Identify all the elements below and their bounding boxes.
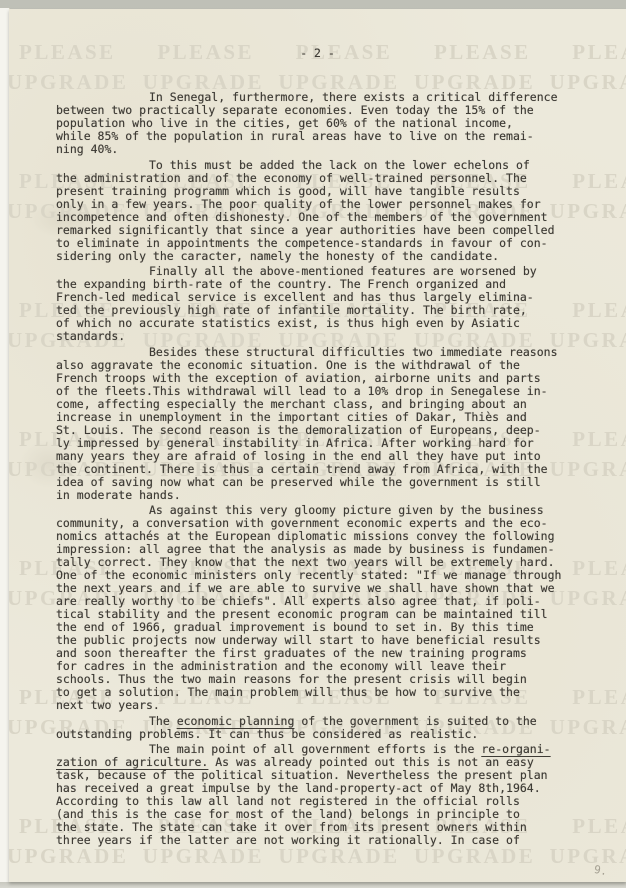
text-segment: As was already pointed out this is not a… (208, 755, 533, 769)
text-segment: According to this law all land not regis… (56, 794, 520, 808)
text-segment: next two years. (56, 698, 160, 712)
page-number: - 2 - (9, 46, 626, 60)
underlined-text: zation of agriculture. (56, 755, 208, 769)
text-segment: present training programm which is good,… (56, 184, 520, 198)
text-segment: the next years and if we are able to sur… (56, 581, 555, 595)
text-segment: three years if the latter are not workin… (56, 833, 520, 847)
text-line: standards. (56, 330, 581, 343)
text-segment: French troops with the exception of avia… (56, 371, 541, 385)
paragraph: In Senegal, furthermore, there exists a … (56, 91, 581, 156)
text-segment: To this must be added the lack on the lo… (149, 158, 530, 172)
paragraph: The economic planning of the government … (56, 715, 581, 741)
text-line: three years if the latter are not workin… (56, 834, 581, 847)
text-segment: tical stability and the present economic… (56, 607, 548, 621)
text-segment: The main point of all government efforts… (149, 742, 481, 756)
text-segment: standards. (56, 329, 125, 343)
text-line: while 85% of the population in rural are… (56, 130, 581, 143)
text-segment: for cadres in the administration and the… (56, 659, 506, 673)
text-segment: As against this very gloomy picture give… (149, 503, 544, 517)
text-segment: (and this is the case for most of the la… (56, 807, 520, 821)
paragraph: Finally all the above-mentioned features… (56, 265, 581, 343)
text-segment: French-led medical service is excellent … (56, 290, 534, 304)
text-segment: tally correct. They know that the next t… (56, 555, 555, 569)
text-segment: idea of saving now what can be preserved… (56, 475, 541, 489)
text-segment: between two practically separate economi… (56, 103, 534, 117)
text-line: next two years. (56, 699, 581, 712)
scan-edge-bottom (0, 882, 626, 888)
paragraph: Besides these structural difficulties tw… (56, 346, 581, 502)
text-segment: to eliminate in appointments the compete… (56, 236, 548, 250)
text-segment: the state. The state can take it over fr… (56, 820, 527, 834)
text-segment: ning 40%. (56, 142, 118, 156)
text-segment: incompetence and often dishonesty. One o… (56, 210, 548, 224)
text-segment: the public projects now underway will st… (56, 633, 541, 647)
watermark-word: UPGRADE (550, 72, 626, 93)
watermark-word: UPGRADE (9, 72, 128, 93)
text-segment: St. Louis. The second reason is the demo… (56, 423, 541, 437)
text-segment: has received a great impulse by the land… (56, 781, 541, 795)
text-segment: while 85% of the population in rural are… (56, 129, 534, 143)
text-segment: the continent. There is thus a certain t… (56, 462, 548, 476)
text-segment: outstanding problems. It can thus be con… (56, 727, 478, 741)
text-segment: increase in unemployment in the importan… (56, 410, 527, 424)
text-line: outstanding problems. It can thus be con… (56, 728, 581, 741)
text-segment: community, a conversation with governmen… (56, 516, 548, 530)
text-segment: ly impressed by general instability in A… (56, 436, 534, 450)
text-segment: only in a few years. The poor quality of… (56, 197, 541, 211)
text-segment: schools. Thus the two main reasons for t… (56, 672, 527, 686)
text-segment: the expanding birth-rate of the country.… (56, 277, 506, 291)
text-segment: of the fleets.This withdrawal will lead … (56, 384, 548, 398)
text-segment: The (149, 714, 177, 728)
text-segment: the end of 1966, gradual improvement is … (56, 620, 534, 634)
text-segment: to get a solution. The main problem will… (56, 685, 520, 699)
paragraph: The main point of all government efforts… (56, 743, 581, 847)
text-segment: the administration and of the economy of… (56, 171, 527, 185)
text-segment: of which no accurate statistics exist, i… (56, 316, 520, 330)
text-segment: sidering only the caracter, namely the h… (56, 249, 499, 263)
text-segment: are really worthy to be chiefs". All exp… (56, 594, 541, 608)
text-segment: In Senegal, furthermore, there exists a … (149, 90, 558, 104)
text-segment: ted the previously high rate of infantil… (56, 303, 527, 317)
text-segment: in moderate hands. (56, 488, 181, 502)
text-segment: nomics attachés at the European diplomat… (56, 529, 555, 543)
page-corner-annotation: 9. (593, 863, 608, 878)
text-line: of which no accurate statistics exist, i… (56, 317, 581, 330)
document-body: In Senegal, furthermore, there exists a … (56, 91, 581, 850)
paper-sheet: PLEASEPLEASEPLEASEPLEASEPLEASEUPGRADEUPG… (9, 9, 626, 882)
text-segment: One of the economic ministers only recen… (56, 568, 561, 582)
text-segment: Finally all the above-mentioned features… (149, 264, 537, 278)
text-segment: come, affecting especially the merchant … (56, 397, 527, 411)
text-segment: of the government is suited to the (294, 714, 536, 728)
text-segment: also aggravate the economic situation. O… (56, 358, 520, 372)
paragraph: As against this very gloomy picture give… (56, 504, 581, 712)
text-segment: task, because of the political situation… (56, 768, 548, 782)
text-segment: remarked significantly that since a year… (56, 223, 555, 237)
text-segment: Besides these structural difficulties tw… (149, 345, 558, 359)
text-segment: and soon thereafter the first graduates … (56, 646, 527, 660)
text-segment: impression: all agree that the analysis … (56, 542, 555, 556)
paragraph: To this must be added the lack on the lo… (56, 159, 581, 263)
text-segment: many years they are afraid of losing in … (56, 449, 541, 463)
text-segment: population who live in the cities, get 6… (56, 116, 513, 130)
text-line: sidering only the caracter, namely the h… (56, 250, 581, 263)
underlined-text: economic planning (177, 714, 295, 728)
text-line: ning 40%. (56, 143, 581, 156)
text-line: in moderate hands. (56, 489, 581, 502)
underlined-text: re-organi- (481, 742, 550, 756)
scanned-document-page: PLEASEPLEASEPLEASEPLEASEPLEASEUPGRADEUPG… (0, 0, 626, 888)
